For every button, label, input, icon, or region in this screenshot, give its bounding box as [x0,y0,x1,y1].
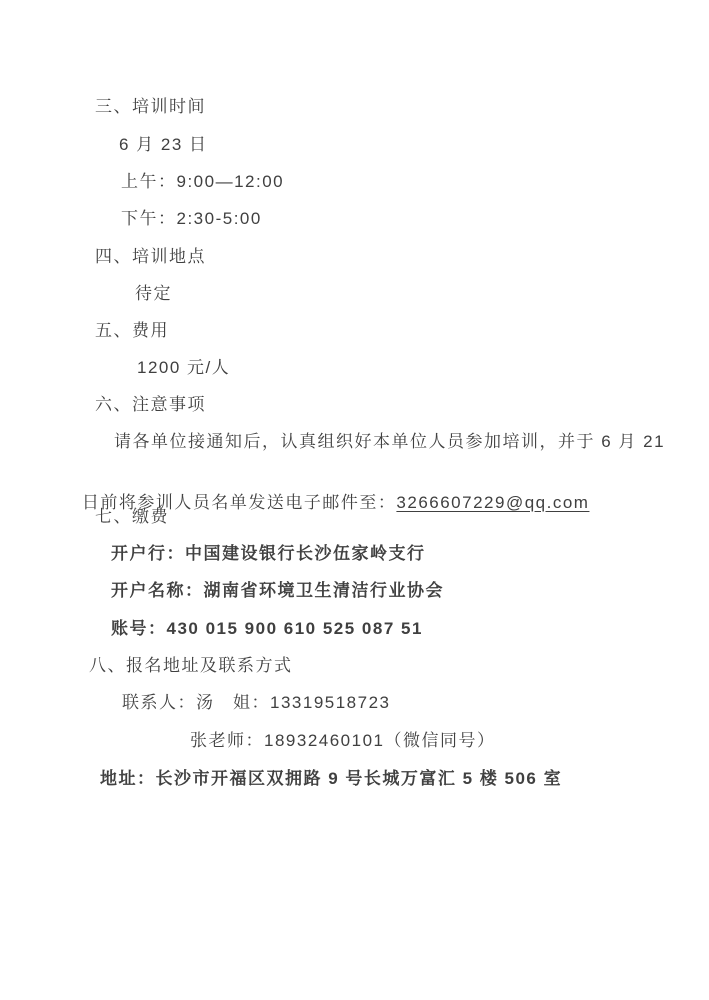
email-link[interactable]: 3266607229@qq.com [396,493,589,512]
contact-person-2: 张老师：18932460101（微信同号） [190,729,496,753]
registration-address: 地址：长沙市开福区双拥路 9 号长城万富汇 5 楼 506 室 [100,767,562,791]
training-time-morning: 上午：9:00—12:00 [121,170,284,194]
section-3-heading: 三、培训时间 [95,95,206,119]
account-name: 开户名称：湖南省环境卫生清洁行业协会 [111,579,444,603]
section-8-heading: 八、报名地址及联系方式 [89,654,293,678]
account-number: 账号：430 015 900 610 525 087 51 [111,617,423,641]
training-time-afternoon: 下午：2:30-5:00 [121,207,262,231]
bank-branch: 开户行：中国建设银行长沙伍家岭支行 [111,542,426,566]
training-date: 6 月 23 日 [119,133,208,157]
contact-person-1: 联系人：汤 姐：13319518723 [122,691,391,715]
training-location: 待定 [135,282,172,306]
document-page: 三、培训时间 6 月 23 日 上午：9:00—12:00 下午：2:30-5:… [0,0,709,1000]
training-fee: 1200 元/人 [137,356,230,380]
section-6-heading: 六、注意事项 [95,393,206,417]
notice-paragraph-line1: 请各单位接通知后，认真组织好本单位人员参加培训，并于 6 月 21 [114,430,665,454]
section-4-heading: 四、培训地点 [95,245,206,269]
section-7-heading: 七、缴费 [95,505,169,529]
section-5-heading: 五、费用 [95,319,169,343]
